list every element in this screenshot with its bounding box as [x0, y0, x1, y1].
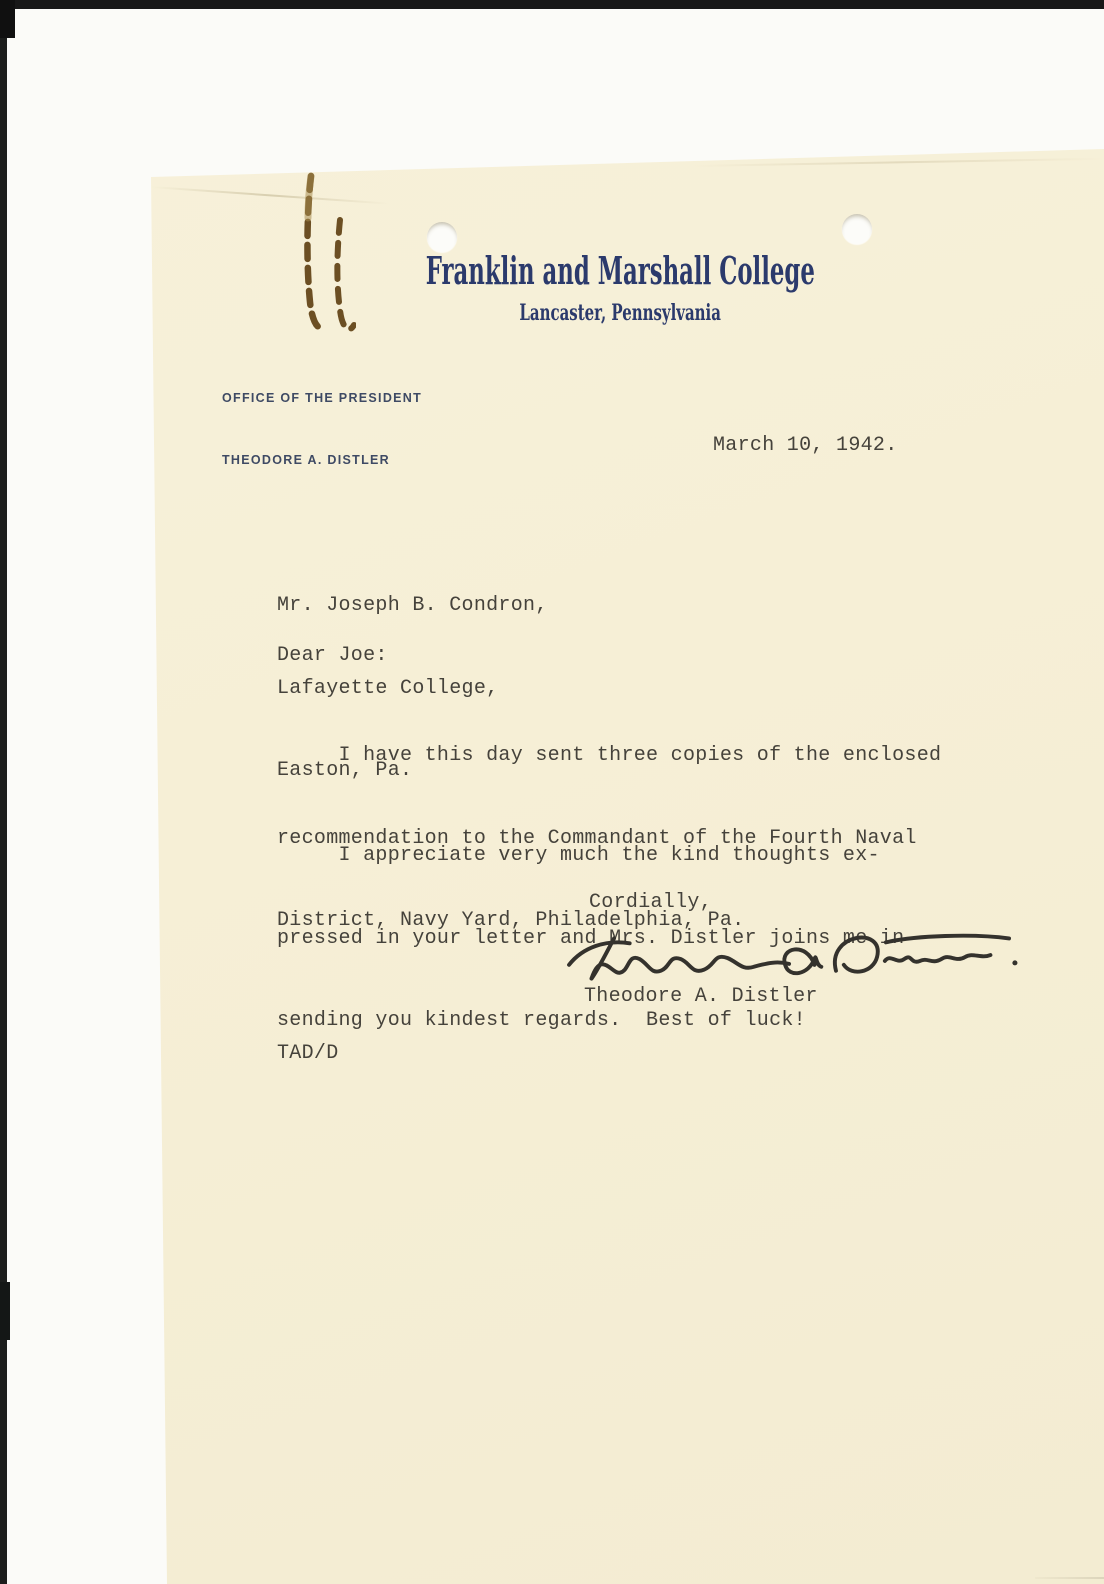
scan-border-left: [0, 0, 7, 1584]
letterhead-office-block: OFFICE OF THE PRESIDENT THEODORE A. DIST…: [222, 347, 422, 511]
letterhead-college-location: Lancaster, Pennsylvania: [150, 299, 1090, 327]
letterhead-college-name: Franklin and Marshall College: [150, 249, 1090, 293]
recipient-name: Mr. Joseph B. Condron,: [277, 592, 548, 620]
scan-border-top: [0, 0, 1104, 9]
body-p1-line1: I have this day sent three copies of the…: [277, 742, 941, 770]
scanned-letter-page: Franklin and Marshall College Lancaster,…: [0, 0, 1104, 1584]
closing: Cordially,: [589, 889, 712, 917]
salutation: Dear Joe:: [277, 642, 388, 670]
letterhead-college-name-text: Franklin and Marshall College: [425, 249, 814, 293]
letterhead-college-location-text: Lancaster, Pennsylvania: [519, 299, 721, 327]
office-of-the-president-line: OFFICE OF THE PRESIDENT: [222, 388, 422, 409]
paper-crease-top-right: [690, 158, 1104, 167]
typist-initials: TAD/D: [277, 1040, 339, 1068]
scan-border-corner: [0, 0, 15, 38]
letter-paper: Franklin and Marshall College Lancaster,…: [0, 0, 1104, 1584]
body-p2-line1: I appreciate very much the kind thoughts…: [277, 842, 904, 870]
paper-crease-bottom-right: [1035, 1577, 1104, 1579]
signed-name-typed: Theodore A. Distler: [584, 983, 818, 1011]
letter-date: March 10, 1942.: [713, 432, 898, 460]
body-p2-line3: sending you kindest regards. Best of luc…: [277, 1007, 904, 1035]
president-name-line: THEODORE A. DISTLER: [222, 450, 422, 471]
punch-hole-right: [842, 214, 872, 244]
scan-border-patch: [0, 1282, 10, 1340]
